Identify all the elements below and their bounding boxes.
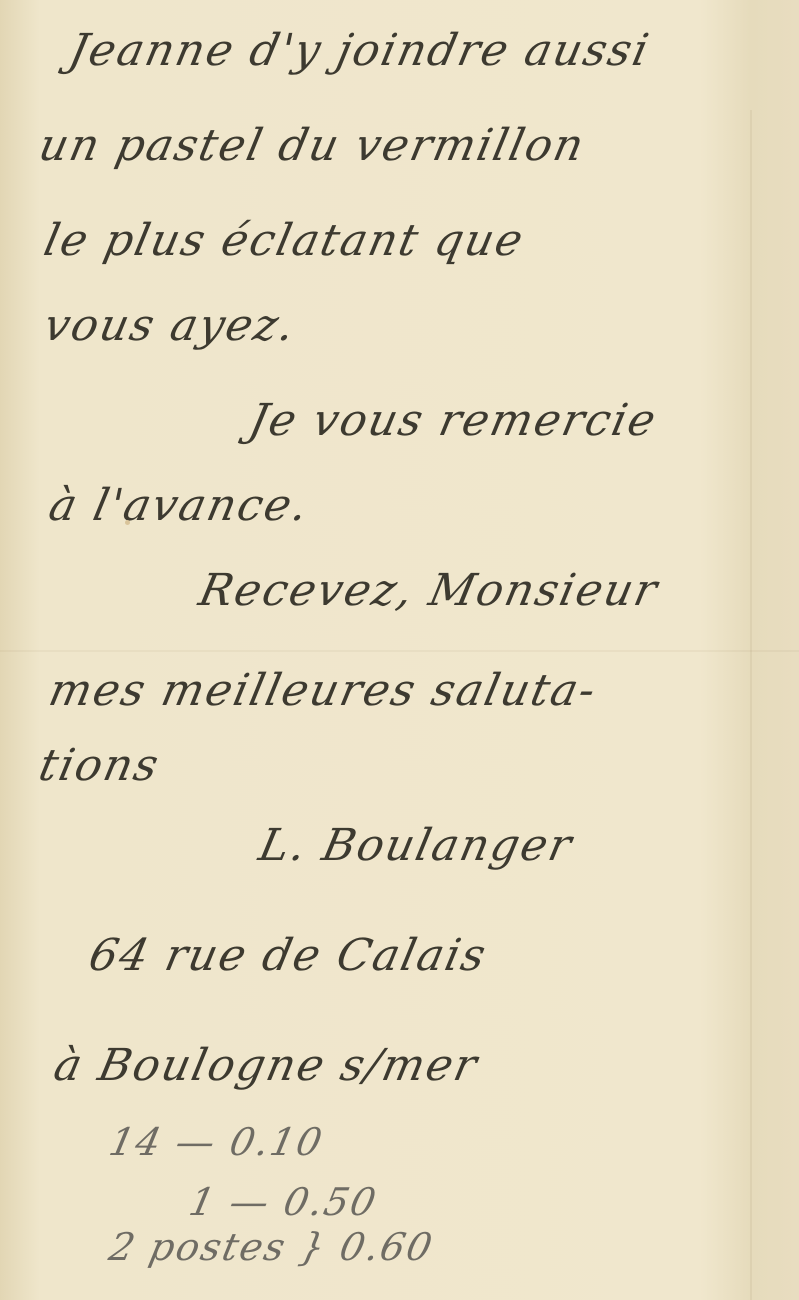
letter-line-9: tions <box>35 740 165 791</box>
letter-line-8: mes meilleures saluta- <box>45 665 602 716</box>
letter-line-7-salutation: Recevez, Monsieur <box>195 565 664 616</box>
letter-line-1: Jeanne d'y joindre aussi <box>65 25 655 76</box>
paper-stain <box>125 520 130 525</box>
letter-page: Jeanne d'y joindre aussi un pastel du ve… <box>0 0 799 1300</box>
pencil-note-1: 14 — 0.10 <box>105 1120 327 1164</box>
pencil-note-2: 1 — 0.50 <box>185 1180 381 1224</box>
signature: L. Boulanger <box>255 820 578 871</box>
address-street: 64 rue de Calais <box>85 930 492 981</box>
letter-line-3: le plus éclatant que <box>40 215 530 266</box>
letter-line-6: à l'avance. <box>45 480 315 531</box>
letter-line-2: un pastel du vermillon <box>35 120 590 171</box>
address-city: à Boulogne s/mer <box>50 1040 484 1091</box>
letter-line-5: Je vous remercie <box>245 395 662 446</box>
letter-line-4: vous ayez. <box>40 300 301 351</box>
pencil-note-3: 2 postes } 0.60 <box>105 1225 438 1269</box>
